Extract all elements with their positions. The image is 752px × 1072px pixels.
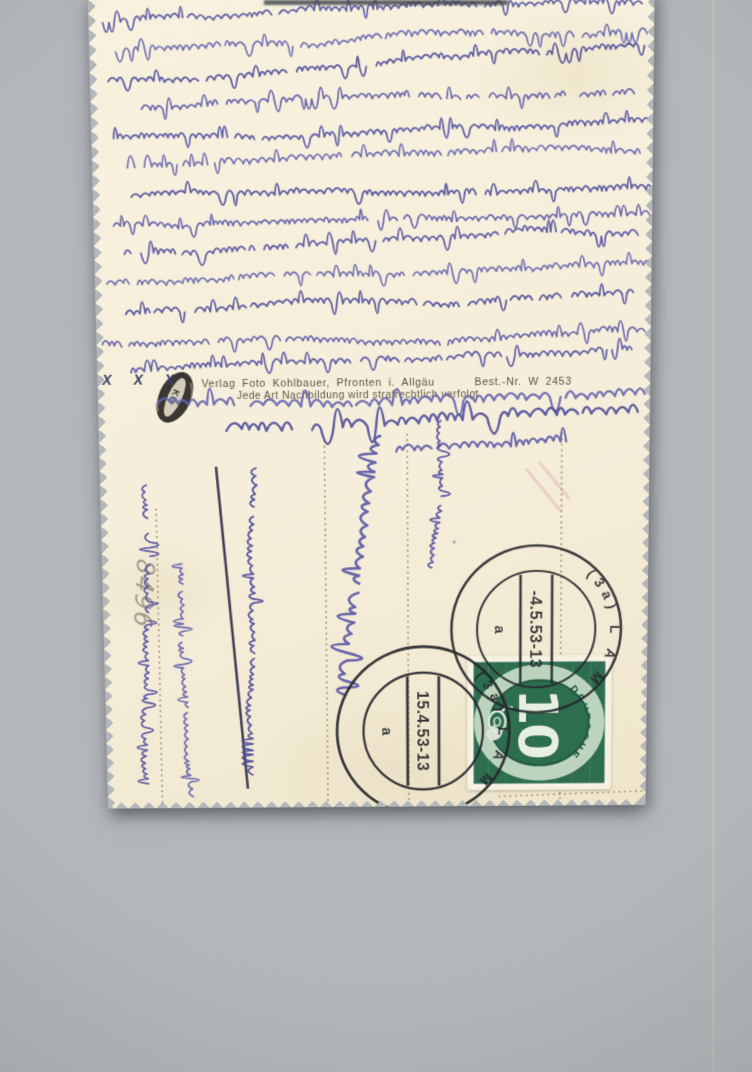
svg-text:(3a) L A M: (3a) L A M xyxy=(582,566,622,690)
scanned-postcard-page: { "colors": { "background": "#b3b7ba", "… xyxy=(0,0,752,1072)
postmark-date: -4.5.53-13 xyxy=(526,590,545,668)
scan-artifact-line xyxy=(712,0,714,1072)
postcard-back: Verlag Foto Kohlbauer, Pfronten i. Allgä… xyxy=(88,0,655,809)
postmark-town-arc: (3a) L A M xyxy=(582,566,622,690)
postmark-index-letter: a xyxy=(491,625,508,634)
svg-text:(3a) L A M: (3a) L A M xyxy=(472,669,510,792)
postmark-lower: 15.4.53-13 a (3a) L A M xyxy=(336,646,510,809)
postmark-town-arc: (3a) L A M xyxy=(472,669,510,792)
postmark-upper: -4.5.53-13 a (3a) L A M xyxy=(451,545,623,713)
postmark-date: 15.4.53-13 xyxy=(413,691,432,771)
scan-shadow-gap xyxy=(264,0,508,5)
postmark-index-letter: a xyxy=(378,727,394,736)
postmark-layer: -4.5.53-13 a (3a) L A M 15.4.53-13 a (3a… xyxy=(88,0,655,809)
